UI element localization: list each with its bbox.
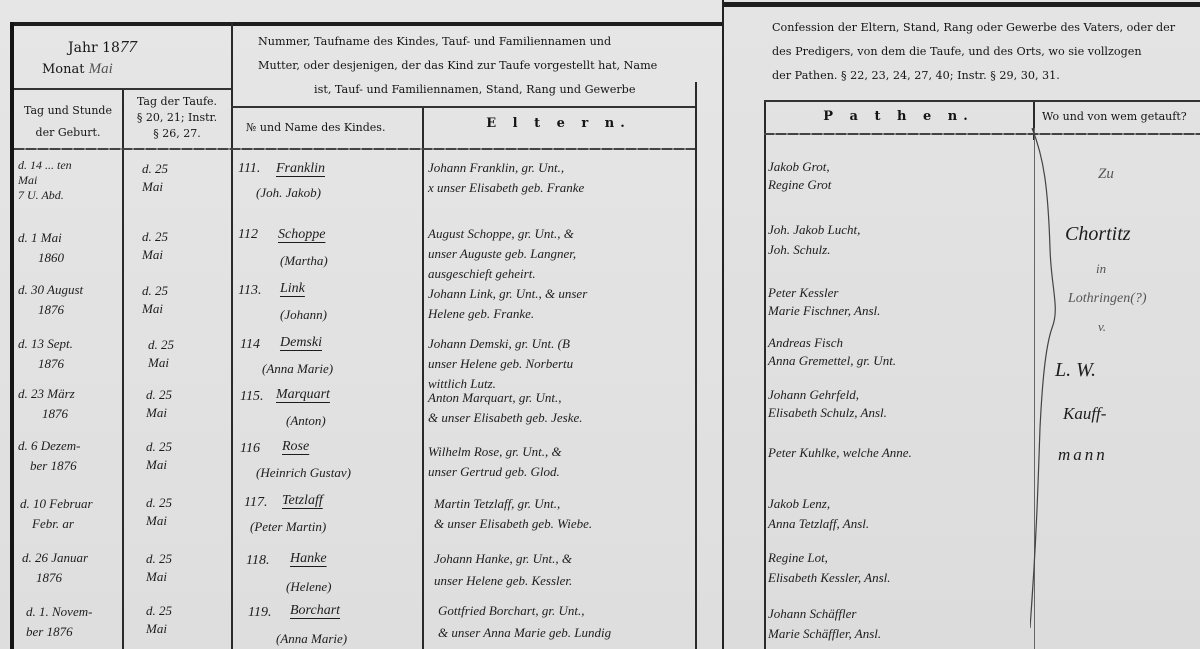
child-number: 114 <box>240 336 260 353</box>
where-line-3: in <box>1096 260 1106 277</box>
baptism-cell: d. 25Mai <box>146 438 172 474</box>
parents-cell: Gottfried Borchart, gr. Unt.,& unser Ann… <box>438 600 611 644</box>
godparents-cell: Peter Kuhlke, welche Anne. <box>768 444 912 462</box>
where-line-1: Zu <box>1098 166 1114 183</box>
birth-cell: d. 1. Novem-ber 1876 <box>26 602 92 642</box>
child-given-name: (Peter Martin) <box>250 518 326 535</box>
child-given-name: (Joh. Jakob) <box>256 184 321 201</box>
col-divider-child-parents <box>422 108 424 649</box>
rule-right-column-header <box>764 133 1200 135</box>
rule-column-header <box>14 148 695 150</box>
birth-cell: d. 13 Sept.1876 <box>18 334 73 374</box>
right-top-border <box>724 2 1200 7</box>
baptism-cell: d. 25Mai <box>142 160 168 196</box>
child-surname: Demski <box>280 334 322 351</box>
header-child: № und Name des Kindes. <box>246 118 385 138</box>
child-number: 113. <box>238 282 261 299</box>
col-divider-birth-baptism <box>122 88 124 649</box>
child-surname: Link <box>280 280 305 297</box>
parents-cell: Johann Demski, gr. Unt. (Bunser Helene g… <box>428 334 573 394</box>
child-given-name: (Helene) <box>286 578 331 595</box>
child-number: 115. <box>240 388 263 405</box>
baptism-cell: d. 25Mai <box>146 494 172 530</box>
child-given-name: (Martha) <box>280 252 328 269</box>
birth-cell: d. 6 Dezem-ber 1876 <box>18 436 80 476</box>
baptism-cell: d. 25Mai <box>146 602 172 638</box>
godparents-cell: Jakob Grot,Regine Grot <box>768 158 831 194</box>
child-surname: Schoppe <box>278 226 325 243</box>
parents-cell: Anton Marquart, gr. Unt.,& unser Elisabe… <box>428 388 583 428</box>
birth-cell: d. 26 Januar1876 <box>22 548 88 588</box>
child-given-name: (Anna Marie) <box>276 630 347 647</box>
baptism-cell: d. 25Mai <box>146 386 172 422</box>
baptism-cell: d. 25Mai <box>148 336 174 372</box>
godparents-cell: Andreas FischAnna Gremettel, gr. Unt. <box>768 334 896 370</box>
child-number: 118. <box>246 552 269 569</box>
baptism-cell: d. 25Mai <box>142 282 168 318</box>
where-line-8: mann <box>1058 446 1108 463</box>
godparents-cell: Johann Gehrfeld,Elisabeth Schulz, Ansl. <box>768 386 887 422</box>
rule-year-header <box>14 88 231 90</box>
child-given-name: (Johann) <box>280 306 327 323</box>
page-gutter <box>722 0 724 649</box>
parents-cell: Wilhelm Rose, gr. Unt., &unser Gertrud g… <box>428 442 562 482</box>
godparents-cell: Johann SchäfflerMarie Schäffler, Ansl. <box>768 604 881 644</box>
child-surname: Franklin <box>276 160 325 177</box>
godparents-cell: Regine Lot,Elisabeth Kessler, Ansl. <box>768 548 891 588</box>
month-label: Monat Mai <box>42 60 113 80</box>
baptism-cell: d. 25Mai <box>142 228 168 264</box>
header-where-by-whom: Wo und von wem getauft? <box>1042 107 1187 127</box>
child-number: 112 <box>238 226 258 243</box>
where-line-4: Lothringen(?) <box>1068 290 1147 307</box>
parents-cell: August Schoppe, gr. Unt., &unser Auguste… <box>428 224 576 284</box>
col-divider-right-left <box>764 100 766 649</box>
child-given-name: (Anton) <box>286 412 326 429</box>
godparents-cell: Jakob Lenz,Anna Tetzlaff, Ansl. <box>768 494 869 534</box>
godparents-cell: Joh. Jakob Lucht,Joh. Schulz. <box>768 220 860 260</box>
where-line-5: v. <box>1098 318 1106 335</box>
birth-cell: d. 30 August1876 <box>18 280 83 320</box>
header-main-right: Confession der Eltern, Stand, Rang oder … <box>772 16 1175 88</box>
col-divider-parents-edge <box>695 82 697 649</box>
birth-cell: d. 23 März1876 <box>18 384 75 424</box>
parents-cell: Johann Franklin, gr. Unt.,x unser Elisab… <box>428 158 584 198</box>
header-godparents: P a t h e n. <box>764 107 1033 127</box>
parents-cell: Johann Link, gr. Unt., & unserHelene geb… <box>428 284 587 324</box>
child-surname: Borchart <box>290 602 340 619</box>
child-number: 111. <box>238 160 260 177</box>
header-parents: E l t e r n. <box>422 114 695 134</box>
baptism-cell: d. 25Mai <box>146 550 172 586</box>
parents-cell: Johann Hanke, gr. Unt., &unser Helene ge… <box>434 548 572 592</box>
header-baptism: Tag der Taufe. § 20, 21; Instr. § 26, 27… <box>122 94 232 142</box>
child-surname: Tetzlaff <box>282 492 323 509</box>
child-given-name: (Anna Marie) <box>262 360 333 377</box>
birth-cell: d. 14 ... tenMai7 U. Abd. <box>18 158 72 203</box>
godparents-cell: Peter KesslerMarie Fischner, Ansl. <box>768 284 880 320</box>
child-number: 119. <box>248 604 271 621</box>
header-main-left: Nummer, Taufname des Kindes, Tauf- und F… <box>258 30 657 102</box>
birth-cell: d. 10 FebruarFebr. ar <box>20 494 93 534</box>
where-line-6: L. W. <box>1055 362 1096 379</box>
rule-right-header <box>764 100 1200 102</box>
birth-cell: d. 1 Mai1860 <box>18 228 64 268</box>
parents-cell: Martin Tetzlaff, gr. Unt.,& unser Elisab… <box>434 494 592 534</box>
child-given-name: (Heinrich Gustav) <box>256 464 351 481</box>
hand-drawn-bracket-line <box>1030 128 1064 649</box>
child-number: 116 <box>240 440 260 457</box>
where-line-7: Kauff- <box>1063 405 1106 422</box>
header-birth: Tag und Stunde der Geburt. <box>14 100 122 144</box>
rule-main-header <box>231 106 695 108</box>
child-number: 117. <box>244 494 267 511</box>
left-top-border <box>10 22 722 26</box>
year-label: Jahr 1877 <box>68 38 137 58</box>
child-surname: Rose <box>282 438 309 455</box>
where-line-2: Chortitz <box>1065 226 1131 243</box>
child-surname: Marquart <box>276 386 330 403</box>
child-surname: Hanke <box>290 550 327 567</box>
